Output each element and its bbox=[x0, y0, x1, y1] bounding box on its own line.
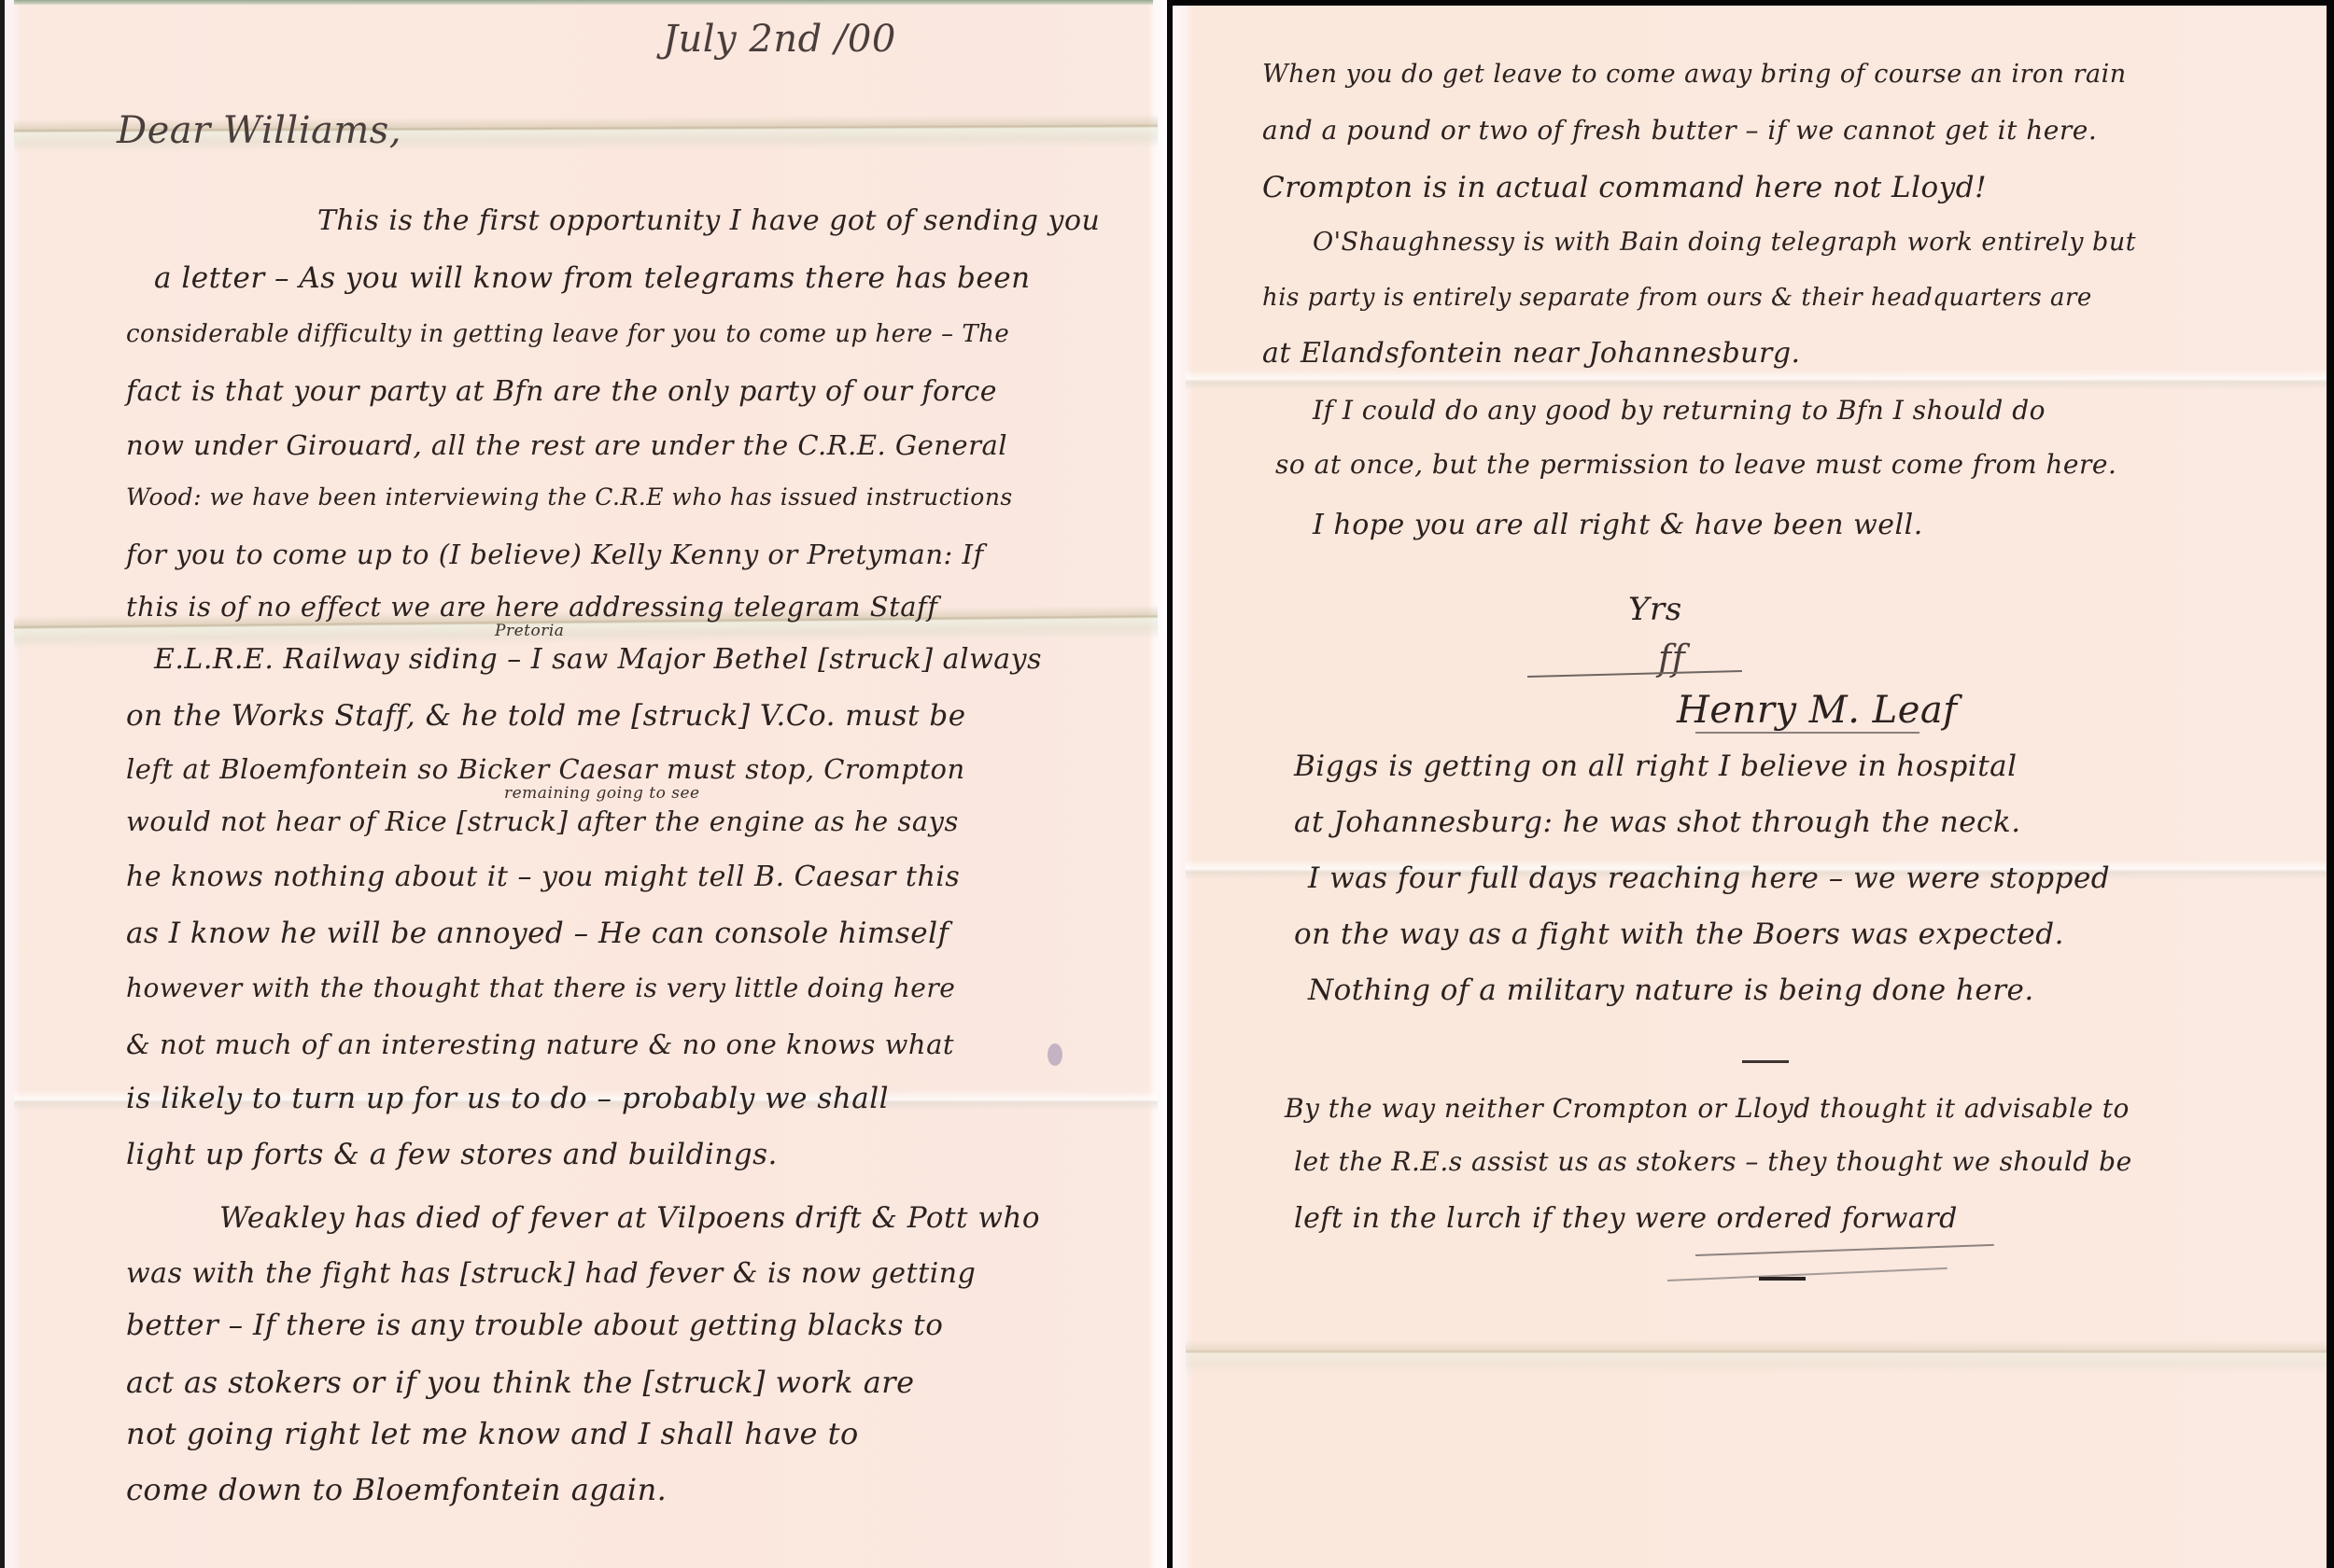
closing-mark bbox=[1759, 1277, 1806, 1281]
postscript-line: at Johannesburg: he was shot through the… bbox=[1294, 808, 2021, 837]
letter-date: July 2nd /00 bbox=[663, 21, 896, 58]
letter-line: for you to come up to (I believe) Kelly … bbox=[126, 541, 984, 568]
postscript-line: Biggs is getting on all right I believe … bbox=[1294, 752, 2018, 781]
fold-line bbox=[1186, 1340, 2327, 1374]
signature-flourish bbox=[1527, 670, 1742, 678]
letter-line: & not much of an interesting nature & no… bbox=[126, 1031, 954, 1058]
letter-line: his party is entirely separate from ours… bbox=[1262, 286, 2092, 310]
letter-line: this is of no effect we are here address… bbox=[126, 594, 937, 621]
closing-flourish bbox=[1695, 1244, 1994, 1256]
postscript-line: Nothing of a military nature is being do… bbox=[1308, 976, 2034, 1005]
letter-line: now under Girouard, all the rest are und… bbox=[126, 432, 1007, 459]
letter-line: O'Shaughnessy is with Bain doing telegra… bbox=[1313, 230, 2136, 255]
postscript-line: I was four full days reaching here – we … bbox=[1308, 864, 2110, 893]
letter-line: at Elandsfontein near Johannesburg. bbox=[1262, 340, 1801, 368]
letter-line: however with the thought that there is v… bbox=[126, 975, 955, 1001]
letter-page-2: When you do get leave to come away bring… bbox=[1173, 0, 2327, 1568]
letter-line: Weakley has died of fever at Vilpoens dr… bbox=[219, 1204, 1040, 1233]
letter-page-1: July 2nd /00 Dear Williams, This is the … bbox=[0, 0, 1167, 1568]
closing-flourish bbox=[1667, 1267, 1947, 1281]
letter-line: light up forts & a few stores and buildi… bbox=[126, 1141, 778, 1169]
postscript-line: By the way neither Crompton or Lloyd tho… bbox=[1285, 1096, 2130, 1122]
postscript-line: on the way as a fight with the Boers was… bbox=[1294, 920, 2064, 949]
letter-line: he knows nothing about it – you might te… bbox=[126, 863, 960, 891]
letter-line: considerable difficulty in getting leave… bbox=[126, 322, 1009, 346]
letter-line: fact is that your party at Bfn are the o… bbox=[126, 378, 997, 406]
letter-line: If I could do any good by returning to B… bbox=[1313, 398, 2046, 424]
valediction: Yrs bbox=[1628, 594, 1682, 625]
letter-line: I hope you are all right & have been wel… bbox=[1313, 511, 1923, 539]
letter-line: so at once, but the permission to leave … bbox=[1275, 452, 2116, 478]
valediction: ff bbox=[1658, 640, 1685, 676]
letter-line: would not hear of Rice [struck] after th… bbox=[126, 808, 959, 835]
letter-line: better – If there is any trouble about g… bbox=[126, 1311, 943, 1340]
letter-line: When you do get leave to come away bring… bbox=[1262, 62, 2127, 87]
page-edge-tint bbox=[14, 0, 1153, 5]
section-divider bbox=[1742, 1060, 1789, 1063]
scan-border bbox=[2327, 0, 2334, 1568]
letter-line: Wood: we have been interviewing the C.R.… bbox=[126, 485, 1013, 509]
postscript-line: let the R.E.s assist us as stokers – the… bbox=[1294, 1149, 2132, 1175]
letter-line: Crompton is in actual command here not L… bbox=[1262, 174, 1987, 203]
letter-line: on the Works Staff, & he told me [struck… bbox=[126, 702, 966, 731]
letter-line: and a pound or two of fresh butter – if … bbox=[1262, 118, 2097, 144]
ink-blot bbox=[1047, 1043, 1062, 1066]
letter-line: is likely to turn up for us to do – prob… bbox=[126, 1085, 889, 1113]
signature-underline bbox=[1695, 732, 1919, 734]
letter-line: act as stokers or if you think the [stru… bbox=[126, 1367, 915, 1397]
letter-line: not going right let me know and I shall … bbox=[126, 1419, 859, 1449]
letter-line: This is the first opportunity I have got… bbox=[317, 207, 1100, 235]
signature: Henry M. Leaf bbox=[1677, 692, 1958, 729]
salutation: Dear Williams, bbox=[117, 112, 401, 149]
letter-line: E.L.R.E. Railway siding – I saw Major Be… bbox=[154, 646, 1042, 674]
fold-line bbox=[1186, 370, 2327, 390]
letter-line: was with the fight has [struck] had feve… bbox=[126, 1260, 976, 1288]
postscript-line: left in the lurch if they were ordered f… bbox=[1294, 1205, 1958, 1233]
letter-line: as I know he will be annoyed – He can co… bbox=[126, 919, 949, 948]
letter-line: come down to Bloemfontein again. bbox=[126, 1475, 667, 1505]
letter-line: a letter – As you will know from telegra… bbox=[154, 264, 1031, 293]
letter-line: left at Bloemfontein so Bicker Caesar mu… bbox=[126, 756, 965, 783]
interlinear-note: remaining going to see bbox=[504, 786, 700, 802]
interlinear-note: Pretoria bbox=[495, 623, 564, 639]
